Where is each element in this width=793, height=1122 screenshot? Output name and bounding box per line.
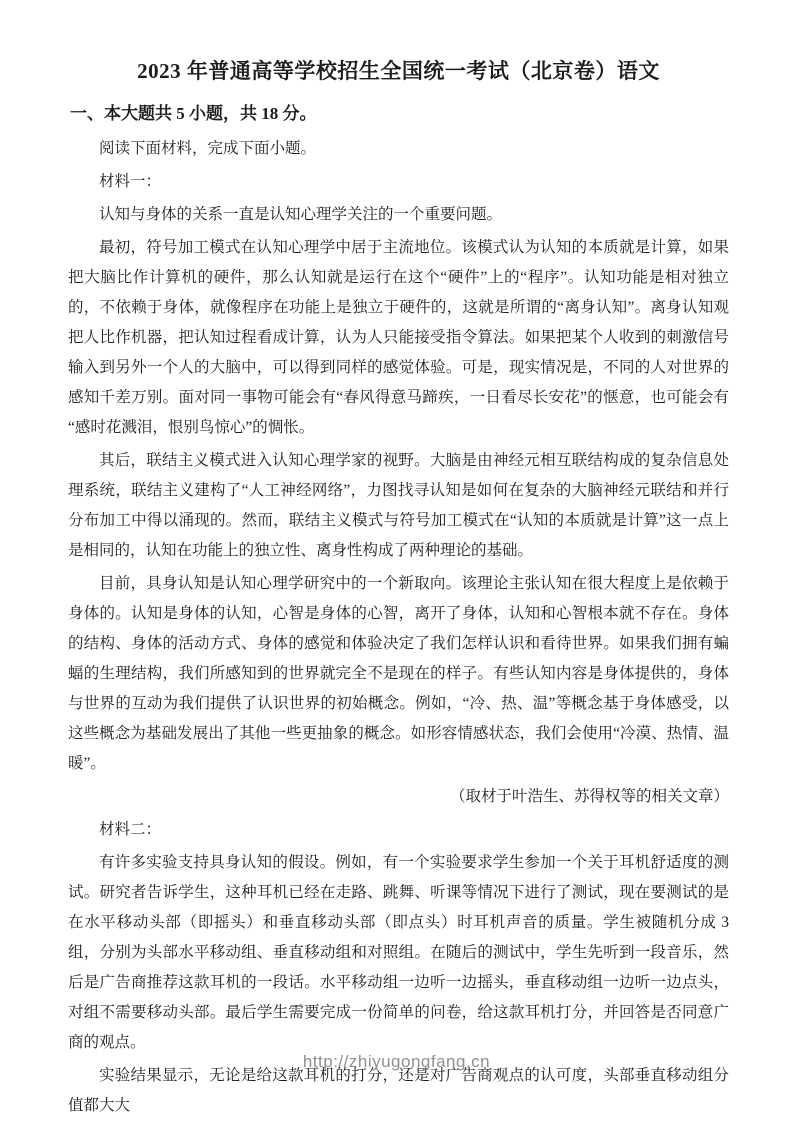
document-title: 2023 年普通高等学校招生全国统一考试（北京卷）语文 [68, 56, 729, 86]
material-one-attribution: （取材于叶浩生、苏得权等的相关文章） [68, 782, 729, 812]
material-one-label: 材料一： [68, 167, 729, 197]
document-content: 2023 年普通高等学校招生全国统一考试（北京卷）语文 一、本大题共 5 小题，… [0, 0, 793, 1121]
material-one-paragraph: 最初，符号加工模式在认知心理学中居于主流地位。该模式认为认知的本质就是计算，如果… [68, 233, 729, 443]
watermark-url: http://zhiyugongfang.cn [0, 1052, 793, 1072]
material-two-paragraph: 有许多实验支持具身认知的假设。例如，有一个实验要求学生参加一个关于耳机舒适度的测… [68, 848, 729, 1058]
reading-instruction: 阅读下面材料，完成下面小题。 [68, 134, 729, 164]
exam-document-page: 2023 年普通高等学校招生全国统一考试（北京卷）语文 一、本大题共 5 小题，… [0, 0, 793, 1122]
material-one-paragraph: 目前，具身认知是认知心理学研究中的一个新取向。该理论主张认知在很大程度上是依赖于… [68, 569, 729, 779]
material-two-label: 材料二： [68, 815, 729, 845]
section-heading: 一、本大题共 5 小题，共 18 分。 [70, 100, 729, 128]
material-one-paragraph: 其后，联结主义模式进入认知心理学家的视野。大脑是由神经元相互联结构成的复杂信息处… [68, 446, 729, 566]
material-one-paragraph: 认知与身体的关系一直是认知心理学关注的一个重要问题。 [68, 200, 729, 230]
